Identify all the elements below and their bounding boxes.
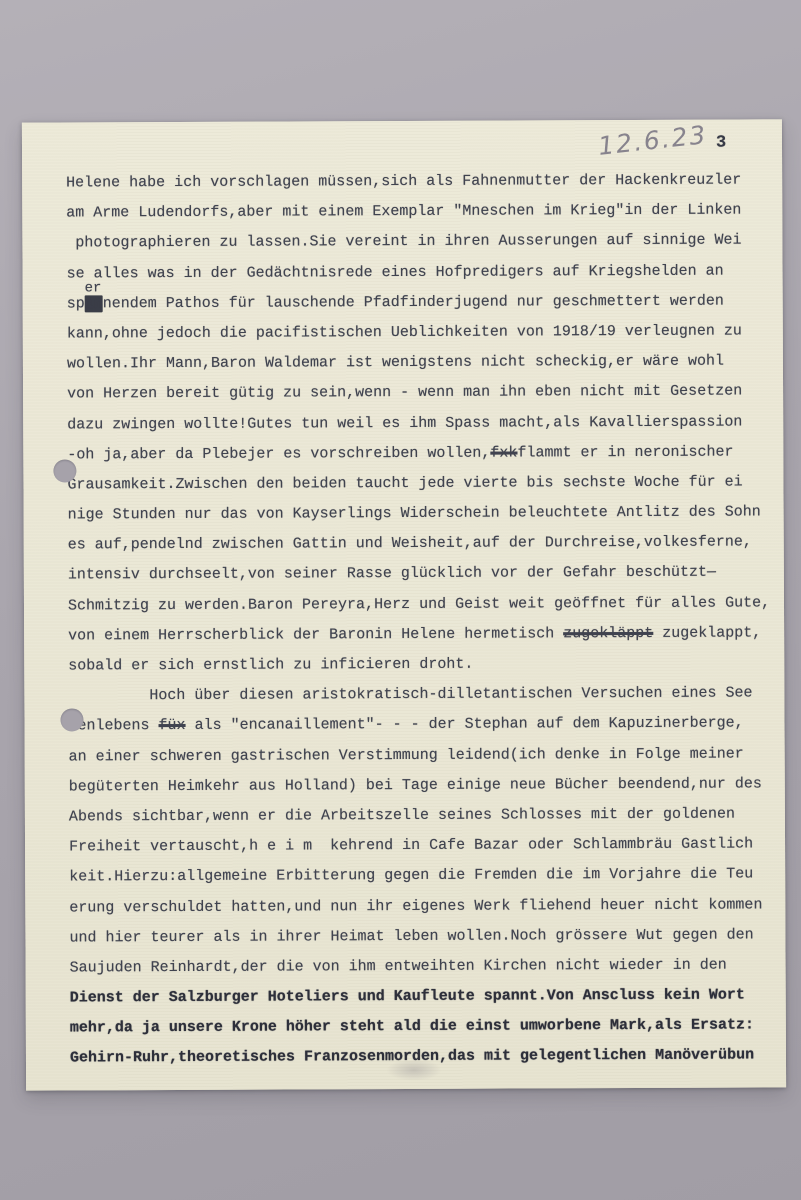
text-line: Hoch über diesen aristokratisch-dilletan… [68,679,784,712]
text-line: an einer schweren gastrischen Verstimmun… [69,739,785,772]
text-line: Schmitzig zu werden.Baron Pereyra,Herz u… [68,588,784,621]
text-line: und hier teurer als in ihrer Heimat lebe… [69,920,785,953]
typed-text: Helene habe ich vorschlagen müssen,sich … [66,165,786,1074]
text-line: erung verschuldet hatten,und nun ihr eig… [69,890,785,923]
text-line: intensiv durchseelt,von seiner Rasse glü… [68,558,784,591]
punch-hole-top [53,459,76,482]
text-line: spinernendem Pathos für lauschende Pfadf… [67,286,783,319]
text-line: lenlebens füx als "encanaillement"- - - … [68,709,784,742]
overstruck-correction: iner [85,295,103,312]
typed-correction-above: er [85,281,102,295]
text-line: Grausamkeit.Zwischen den beiden taucht j… [67,467,783,500]
text-line: sobald er sich ernstlich zu inficieren d… [68,648,784,681]
text-line: photographieren zu lassen.Sie vereint in… [66,226,782,259]
text-line: wollen.Ihr Mann,Baron Waldemar ist wenig… [67,346,783,379]
text-line: se alles was in der Gedächtnisrede eines… [66,256,782,289]
text-line: Saujuden Reinhardt,der die von ihm entwe… [70,950,786,983]
text-line: nige Stunden nur das von Kayserlings Wid… [68,497,784,530]
text-line: es auf,pendelnd zwischen Gattin und Weis… [68,528,784,561]
struck-word: fxk [490,444,517,461]
struck-word: füx [159,717,186,734]
typescript-page: 12.6.23 3 Helene habe ich vorschlagen mü… [22,119,786,1090]
text-line: dazu zwingen wollte!Gutes tun weil es ih… [67,407,783,440]
handwritten-date: 12.6.23 [597,120,709,161]
text-line: am Arme Ludendorfs,aber mit einem Exempl… [66,196,782,229]
text-line: Dienst der Salzburger Hoteliers und Kauf… [70,980,786,1013]
page-number: 3 [716,134,726,153]
text-line: kann,ohne jedoch die pacifistischen Uebl… [67,316,783,349]
text-line: begüterten Heimkehr aus Holland) bei Tag… [69,769,785,802]
text-line: Freiheit vertauscht,h e i m kehrend in C… [69,829,785,862]
text-line: Abends sichtbar,wenn er die Arbeitszelle… [69,799,785,832]
text-line: Helene habe ich vorschlagen müssen,sich … [66,165,782,198]
stain-mark [386,1059,442,1081]
text-line: von einem Herrscherblick der Baronin Hel… [68,618,784,651]
text-line: keit.Hierzu:allgemeine Erbitterung gegen… [69,860,785,893]
text-line: von Herzen bereit gütig zu sein,wenn - w… [67,377,783,410]
struck-word: zugekläppt [563,625,653,642]
punch-hole-bottom [60,708,83,731]
text-line: -oh ja,aber da Plebejer es vorschreiben … [67,437,783,470]
text-line: mehr,da ja unsere Krone höher steht ald … [70,1011,786,1044]
